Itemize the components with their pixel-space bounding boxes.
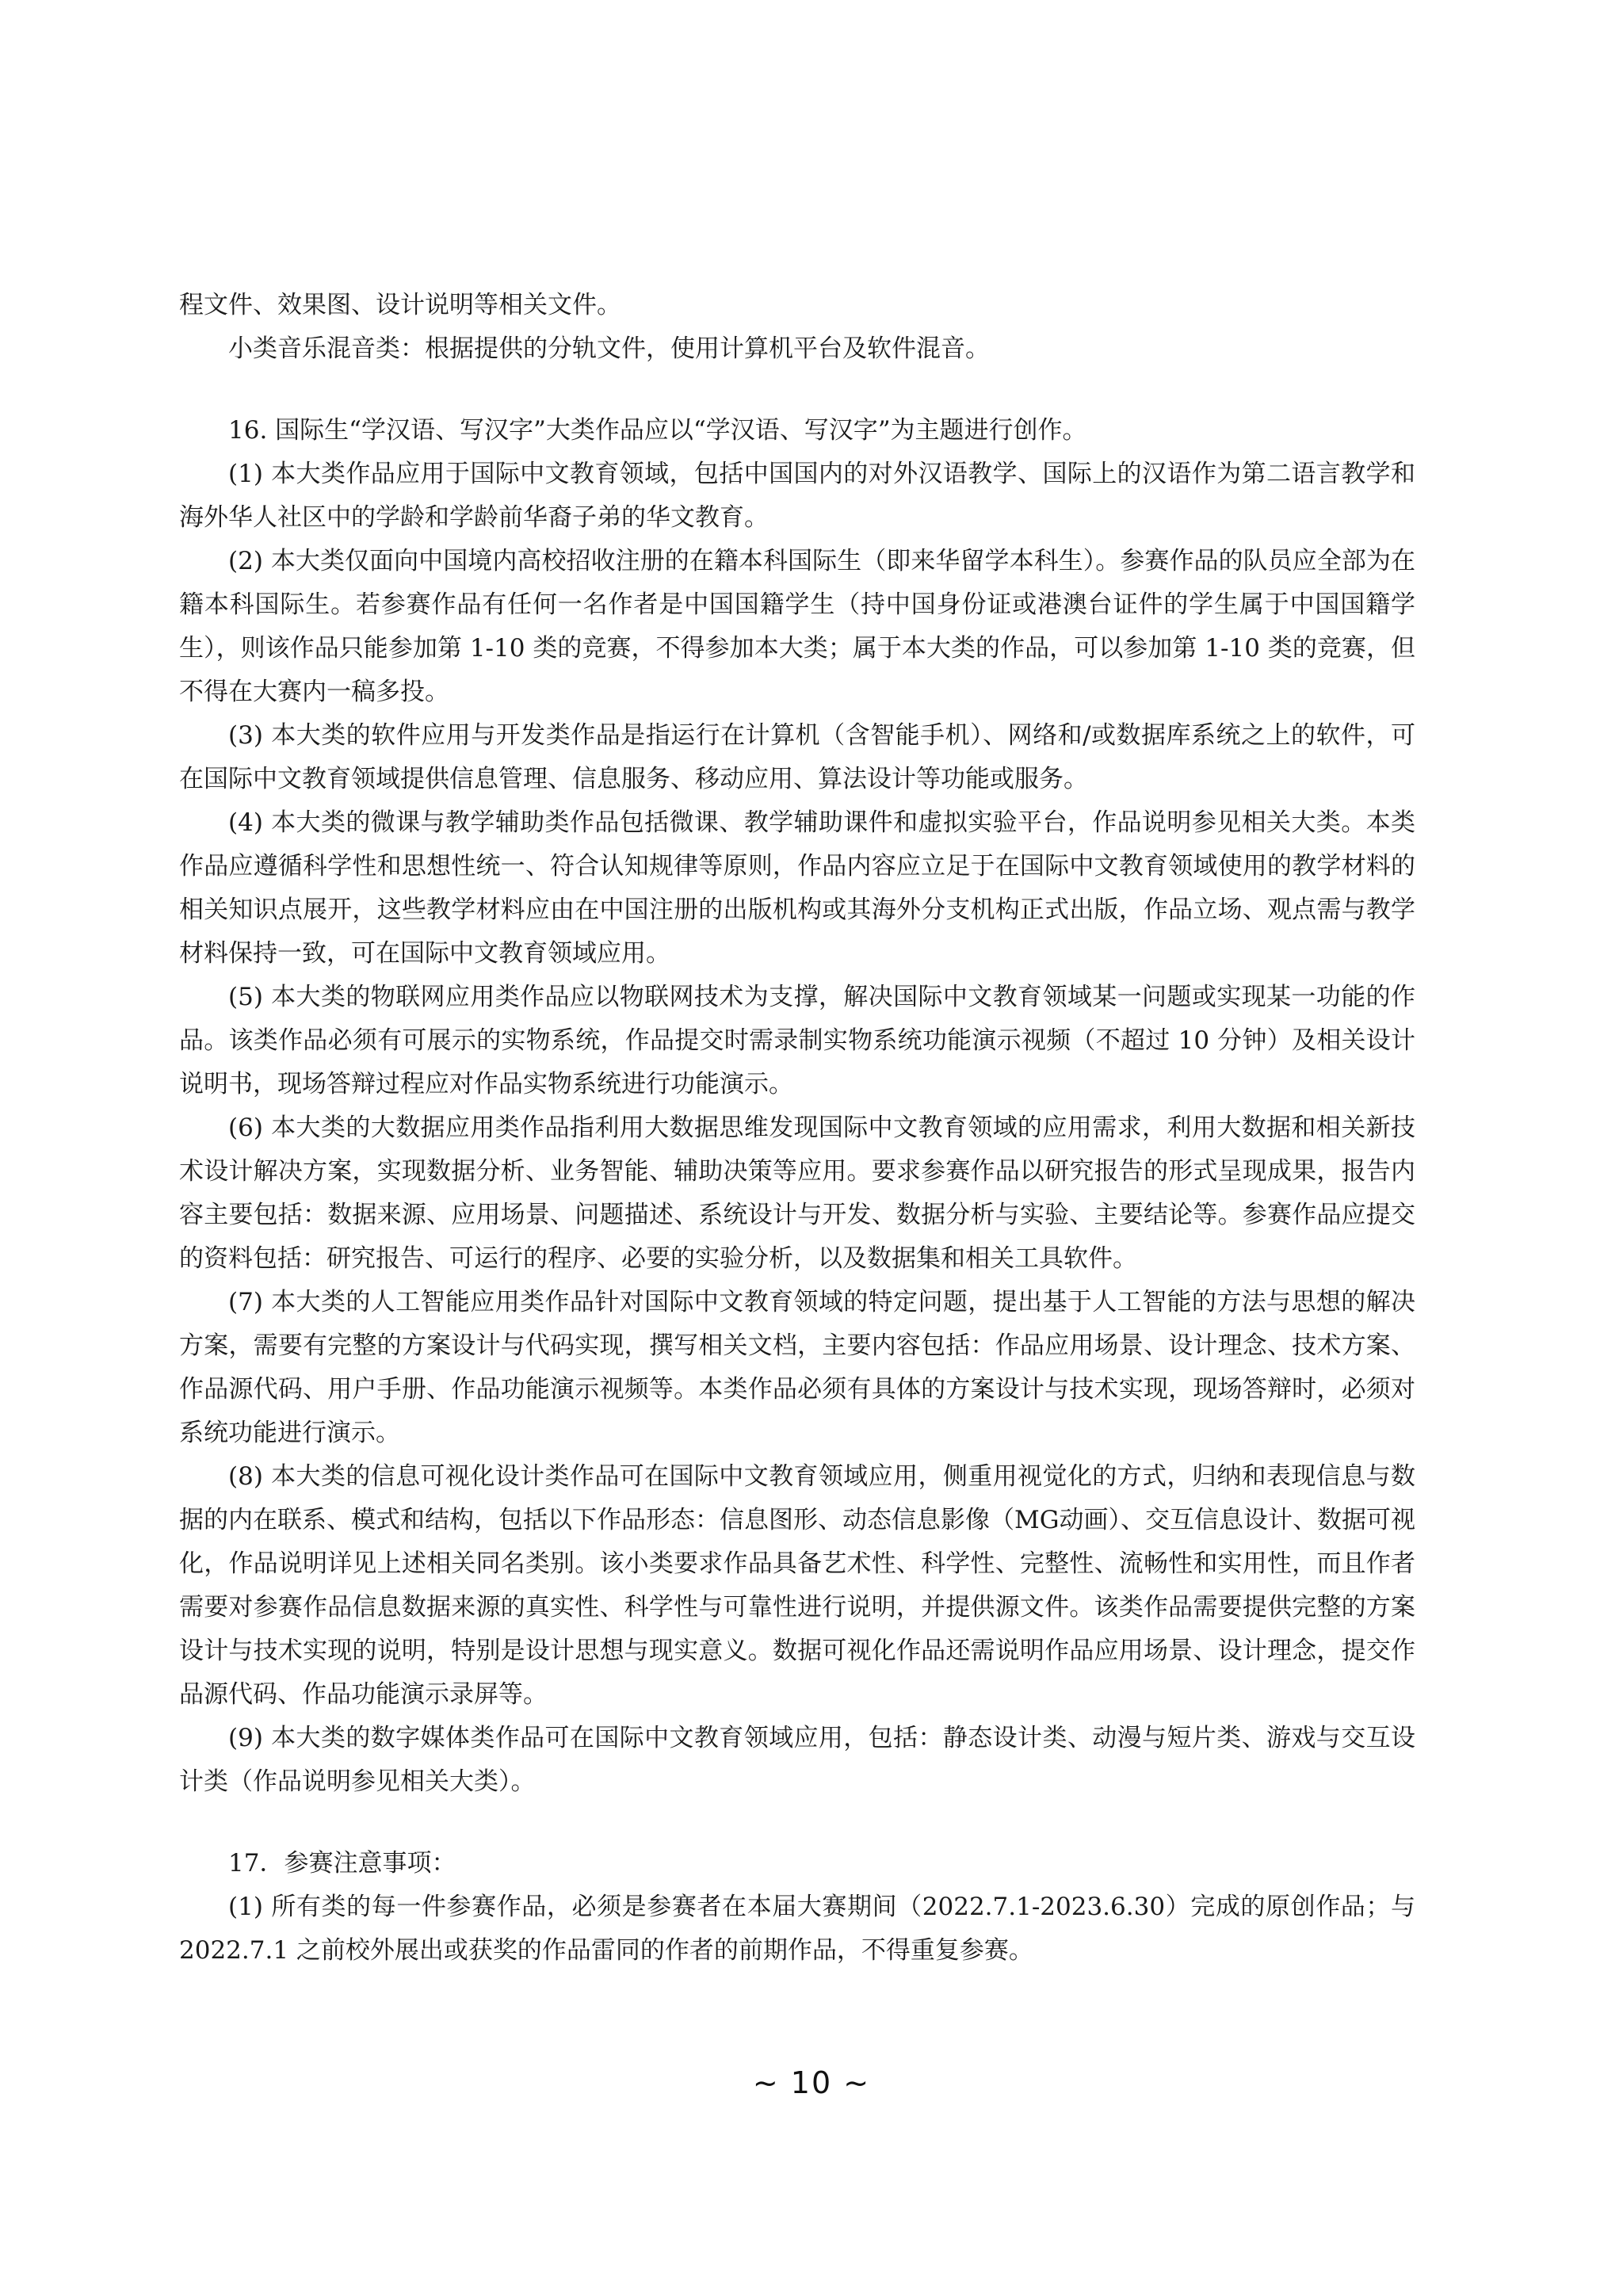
page-number: ~ 10 ~ [0, 2065, 1623, 2100]
document-page: 程文件、效果图、设计说明等相关文件。 小类音乐混音类：根据提供的分轨文件，使用计… [0, 0, 1623, 2296]
paragraph-16-2: (2) 本大类仅面向中国境内高校招收注册的在籍本科国际生（即来华留学本科生）。参… [179, 540, 1415, 714]
paragraph-16-7: (7) 本大类的人工智能应用类作品针对国际中文教育领域的特定问题，提出基于人工智… [179, 1281, 1415, 1455]
paragraph-17-1: (1) 所有类的每一件参赛作品，必须是参赛者在本届大赛期间（2022.7.1-2… [179, 1885, 1415, 1973]
paragraph-music-mixing: 小类音乐混音类：根据提供的分轨文件，使用计算机平台及软件混音。 [179, 327, 1415, 371]
paragraph-16-1: (1) 本大类作品应用于国际中文教育领域，包括中国国内的对外汉语教学、国际上的汉… [179, 453, 1415, 540]
paragraph-continuation: 程文件、效果图、设计说明等相关文件。 [179, 284, 1415, 327]
paragraph-16-5: (5) 本大类的物联网应用类作品应以物联网技术为支撑，解决国际中文教育领域某一问… [179, 976, 1415, 1106]
paragraph-16-6: (6) 本大类的大数据应用类作品指利用大数据思维发现国际中文教育领域的应用需求，… [179, 1106, 1415, 1281]
paragraph-16-8: (8) 本大类的信息可视化设计类作品可在国际中文教育领域应用，侧重用视觉化的方式… [179, 1455, 1415, 1717]
paragraph-16-4: (4) 本大类的微课与教学辅助类作品包括微课、教学辅助课件和虚拟实验平台，作品说… [179, 801, 1415, 976]
section-heading-16: 16. 国际生“学汉语、写汉字”大类作品应以“学汉语、写汉字”为主题进行创作。 [179, 409, 1415, 453]
section-heading-17: 17．参赛注意事项： [179, 1842, 1415, 1885]
paragraph-16-3: (3) 本大类的软件应用与开发类作品是指运行在计算机（含智能手机）、网络和/或数… [179, 714, 1415, 801]
section-gap [179, 1804, 1415, 1842]
paragraph-16-9: (9) 本大类的数字媒体类作品可在国际中文教育领域应用，包括：静态设计类、动漫与… [179, 1717, 1415, 1804]
document-body: 程文件、效果图、设计说明等相关文件。 小类音乐混音类：根据提供的分轨文件，使用计… [179, 284, 1415, 1973]
section-gap [179, 371, 1415, 409]
